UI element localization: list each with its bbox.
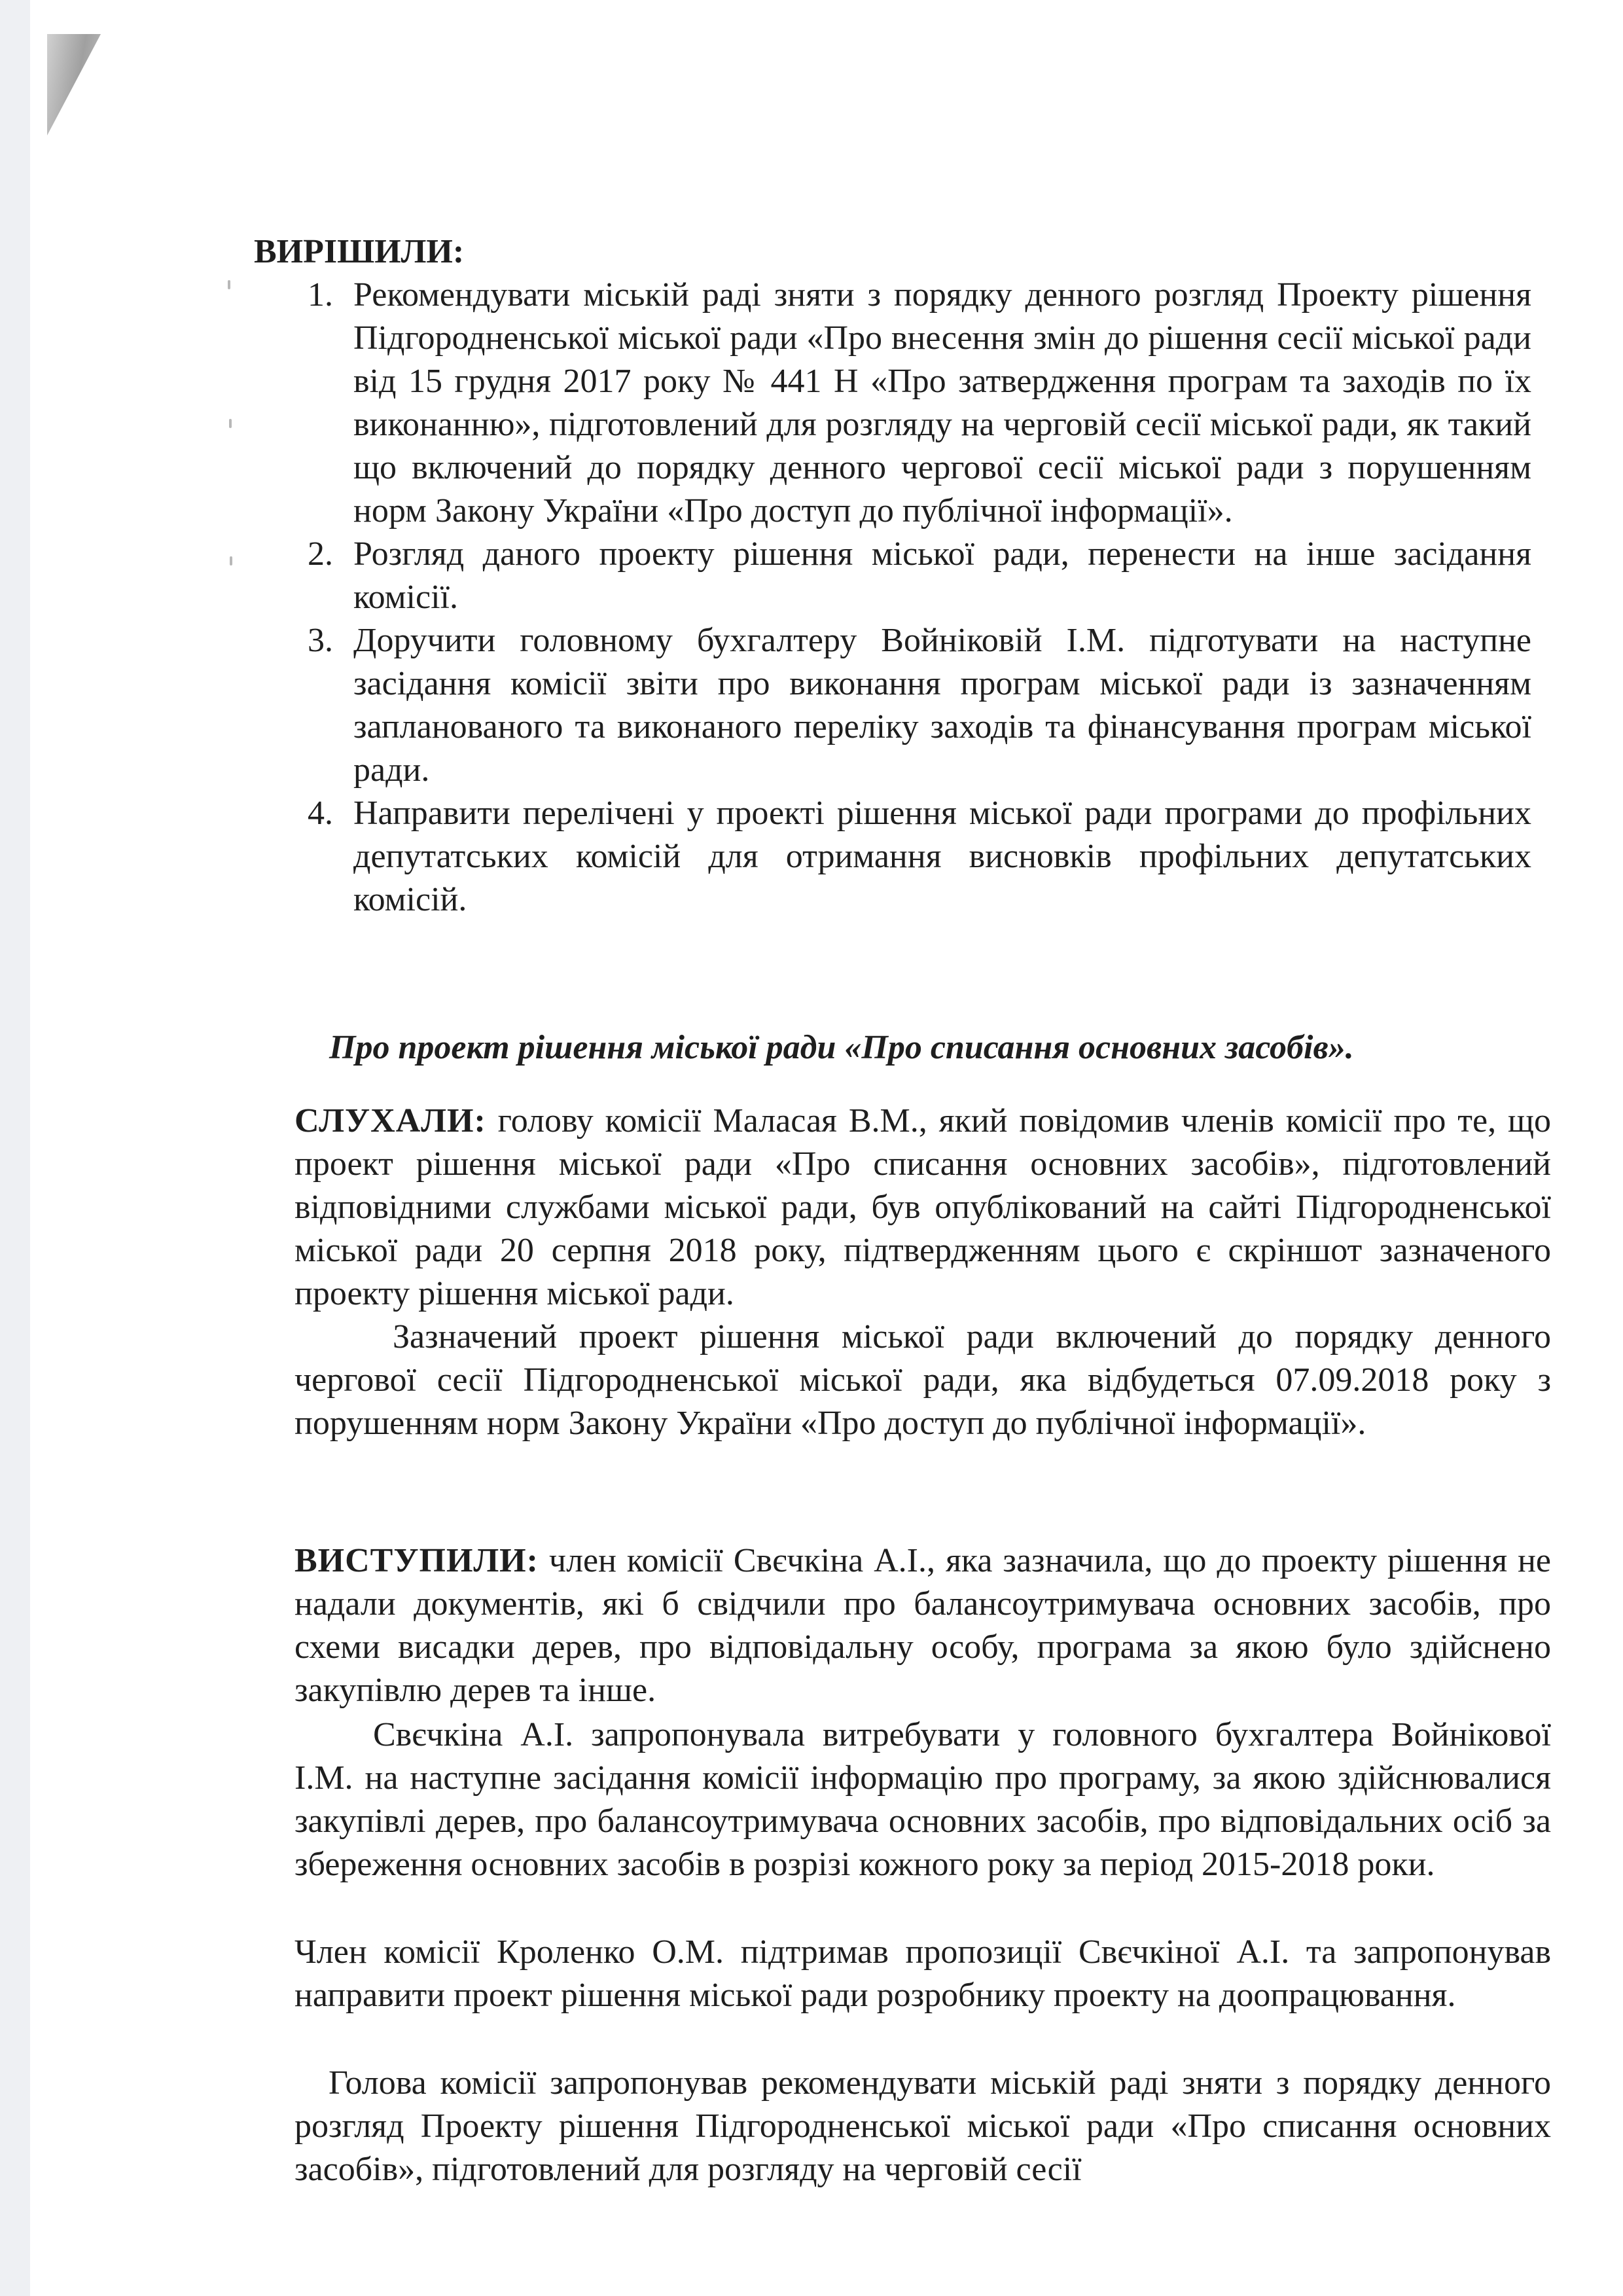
topic-heading: Про проект рішення міської ради «Про спи… [329,1026,1354,1069]
decisions-list: 1. Рекомендувати міській раді зняти з по… [308,274,1531,922]
decided-heading: ВИРІШИЛИ: [254,230,464,274]
decision-number: 1. [308,274,333,317]
spoke-paragraph: ВИСТУПИЛИ: член комісії Свєчкіна А.І., я… [294,1539,1551,1712]
decision-item: 4. Направити перелічені у проекті рішенн… [308,792,1531,922]
heard-label: СЛУХАЛИ: [294,1102,486,1139]
heard-followup-paragraph: Зазначений проект рішення міської ради в… [294,1316,1551,1445]
decision-number: 2. [308,533,333,576]
document-page: ВИРІШИЛИ: 1. Рекомендувати міській раді … [0,0,1623,2296]
decision-item: 1. Рекомендувати міській раді зняти з по… [308,274,1531,533]
heard-paragraph: СЛУХАЛИ: голову комісії Маласая В.М., як… [294,1100,1551,1316]
decision-text: Розгляд даного проекту рішення міської р… [353,535,1531,616]
proposal-paragraph: Свєчкіна А.І. запропонувала витребувати … [294,1713,1551,1886]
decision-text: Направити перелічені у проекті рішення м… [353,795,1531,918]
decision-number: 4. [308,792,333,835]
spoke-label: ВИСТУПИЛИ: [294,1542,539,1579]
decision-item: 3. Доручити головному бухгалтеру Войніко… [308,619,1531,792]
decision-text: Доручити головному бухгалтеру Войніковій… [353,622,1531,789]
chair-paragraph: Голова комісії запропонував рекомендуват… [294,2062,1551,2191]
decision-text: Рекомендувати міській раді зняти з поряд… [353,276,1531,529]
support-paragraph: Член комісії Кроленко О.М. підтримав про… [294,1931,1551,2017]
decision-number: 3. [308,619,333,662]
decision-item: 2. Розгляд даного проекту рішення місько… [308,533,1531,619]
